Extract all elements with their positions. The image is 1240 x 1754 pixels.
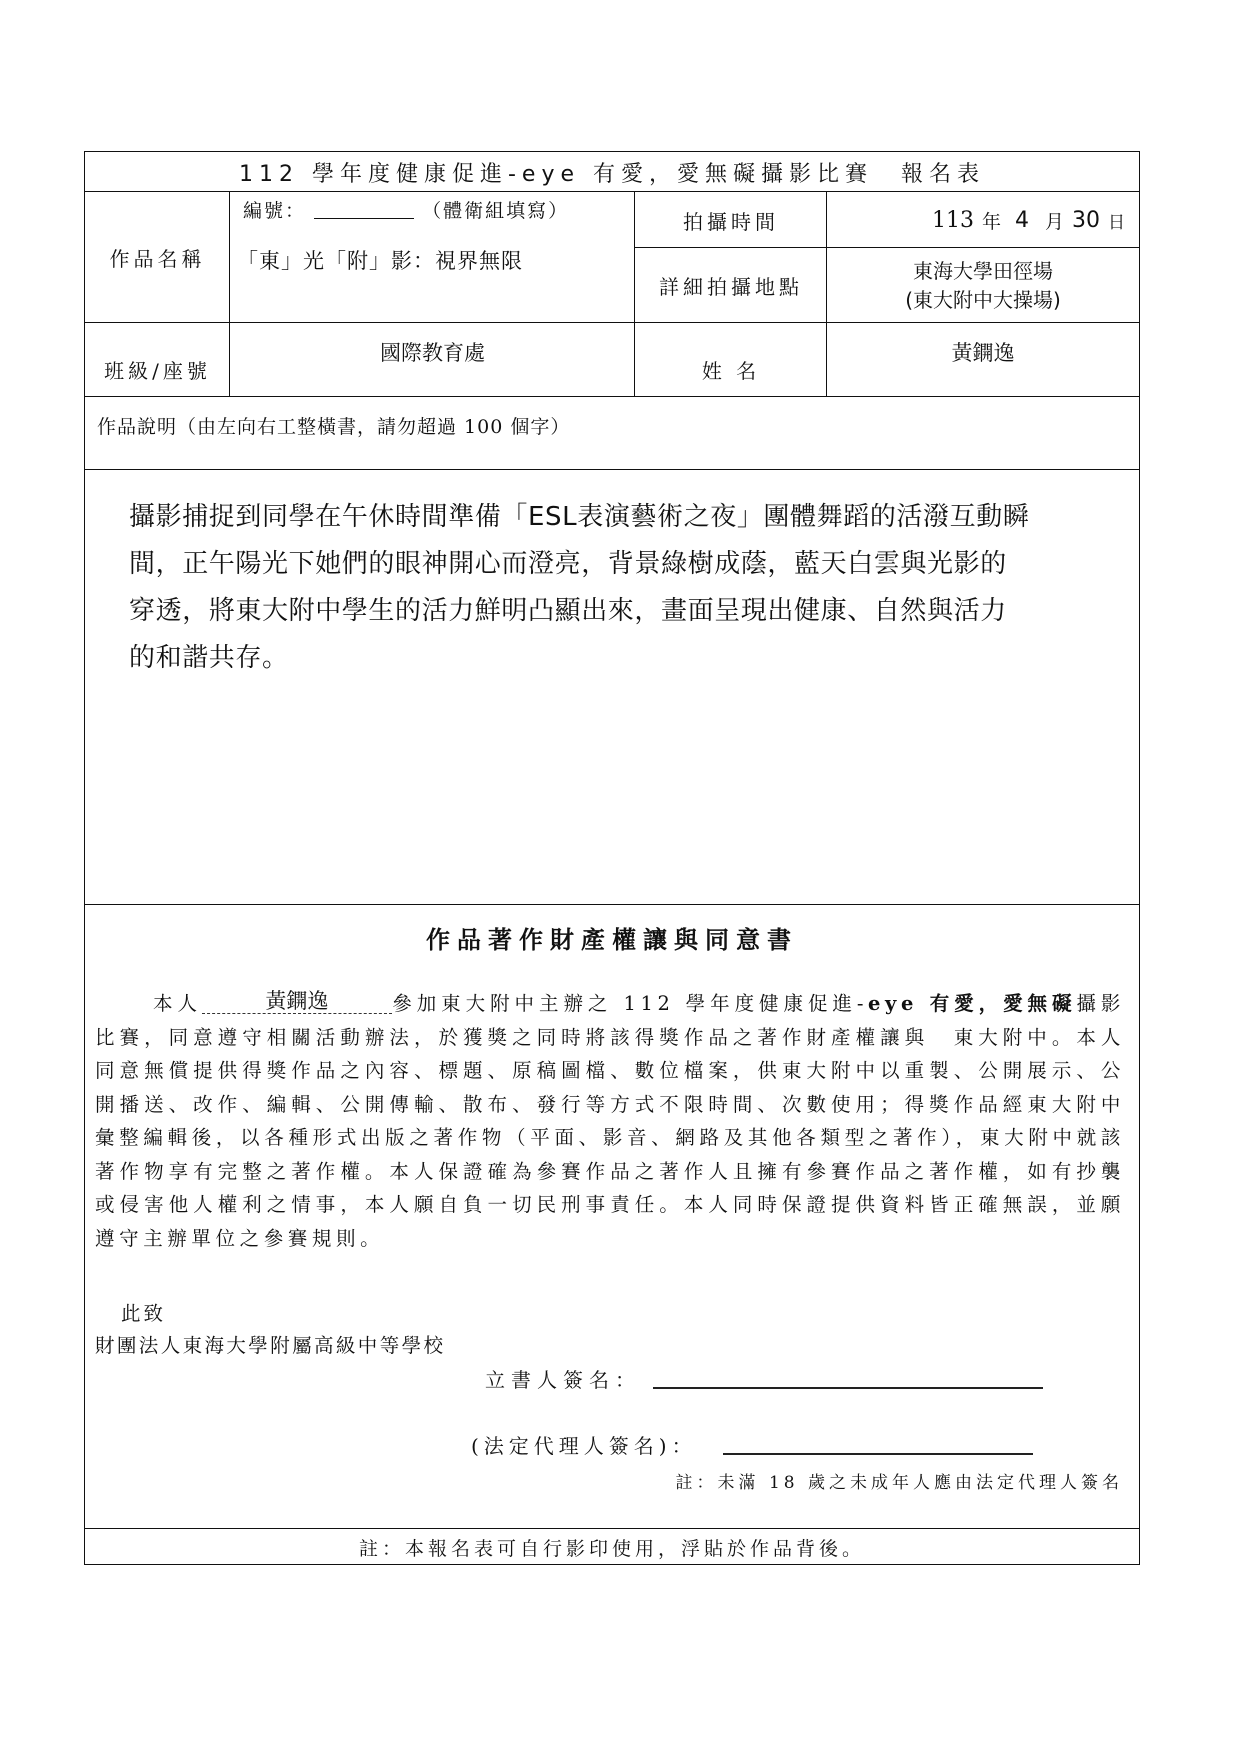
signer-signature-field[interactable] bbox=[653, 1385, 1043, 1389]
signer-signature-label: 立書人簽名： bbox=[485, 1364, 641, 1393]
shoot-year: 113 bbox=[932, 208, 974, 233]
class-label: 班級/座號 bbox=[85, 323, 230, 397]
location-label: 詳細拍攝地點 bbox=[635, 248, 827, 323]
serial-label: 編號： bbox=[243, 200, 306, 222]
shoot-time-label: 拍攝時間 bbox=[635, 192, 827, 248]
registration-form: 112 學年度健康促進-eye 有愛，愛無礙攝影比賽 報名表 作品名稱 編號： … bbox=[84, 151, 1140, 1565]
name-label: 姓 名 bbox=[635, 323, 827, 397]
consent-title: 作品著作財產權讓與同意書 bbox=[85, 920, 1139, 955]
description-line: 間，正午陽光下她們的眼神開心而澄亮，背景綠樹成蔭，藍天白雲與光影的 bbox=[129, 541, 1089, 588]
footer-note: 註：本報名表可自行影印使用，浮貼於作品背後。 bbox=[85, 1529, 1139, 1565]
location-line2: (東大附中大操場) bbox=[905, 286, 1061, 315]
description-line: 的和諧共存。 bbox=[129, 635, 1089, 682]
divider bbox=[85, 904, 1139, 905]
signer-name-field[interactable]: 黃鐦逸 bbox=[202, 989, 392, 1014]
recipient: 財團法人東海大學附屬高級中等學校 bbox=[95, 1330, 445, 1358]
class-value: 國際教育處 bbox=[230, 323, 635, 397]
description-label: 作品說明（由左向右工整橫書，請勿超過 100 個字） bbox=[97, 412, 570, 439]
contest-name: eye 有愛，愛無礙 bbox=[868, 992, 1076, 1015]
signer-signature-row: 立書人簽名： bbox=[485, 1364, 1043, 1393]
guardian-signature-label: (法定代理人簽名)： bbox=[471, 1430, 697, 1459]
month-unit: 月 bbox=[1045, 207, 1064, 234]
work-name-value: 「東」光「附」影：視界無限 bbox=[237, 245, 523, 275]
location-value: 東海大學田徑場 (東大附中大操場) bbox=[827, 248, 1139, 323]
guardian-signature-field[interactable] bbox=[723, 1451, 1033, 1455]
consent-body: 本人黃鐦逸參加東大附中主辦之 112 學年度健康促進-eye 有愛，愛無礙攝影比… bbox=[95, 987, 1125, 1255]
serial-input[interactable] bbox=[314, 198, 414, 219]
description-line: 攝影捕捉到同學在午休時間準備「ESL表演藝術之夜」團體舞蹈的活潑互動瞬 bbox=[129, 494, 1089, 541]
divider bbox=[85, 469, 1139, 470]
closing: 此致 bbox=[121, 1298, 166, 1326]
shoot-month: 4 bbox=[1015, 208, 1029, 233]
location-line1: 東海大學田徑場 bbox=[913, 257, 1053, 286]
guardian-signature-row: (法定代理人簽名)： bbox=[471, 1430, 1033, 1459]
consent-text: 攝影比賽，同意遵守相關活動辦法，於獲獎之同時將該得獎作品之著作財產權讓與 東大附… bbox=[95, 992, 1125, 1250]
shoot-time-value: 113 年 4 月 30 日 bbox=[827, 192, 1139, 248]
year-unit: 年 bbox=[982, 207, 1001, 234]
description-line: 穿透，將東大附中學生的活力鮮明凸顯出來，畫面呈現出健康、自然與活力 bbox=[129, 588, 1089, 635]
work-name-label: 作品名稱 bbox=[85, 192, 230, 323]
consent-line1: 參加東大附中主辦之 112 學年度健康促進- bbox=[392, 992, 868, 1015]
shoot-day: 30 bbox=[1072, 208, 1100, 233]
serial-note: （體衛組填寫） bbox=[422, 200, 569, 222]
name-value: 黃鐦逸 bbox=[827, 323, 1139, 397]
description-text: 攝影捕捉到同學在午休時間準備「ESL表演藝術之夜」團體舞蹈的活潑互動瞬 間，正午… bbox=[129, 494, 1089, 682]
serial-row: 編號： （體衛組填寫） bbox=[243, 196, 569, 223]
divider bbox=[85, 396, 1139, 397]
consent-prefix: 本人 bbox=[95, 992, 202, 1015]
form-title: 112 學年度健康促進-eye 有愛，愛無礙攝影比賽 報名表 bbox=[85, 152, 1139, 192]
guardian-note: 註：未滿 18 歲之未成年人應由法定代理人簽名 bbox=[676, 1468, 1123, 1493]
day-unit: 日 bbox=[1108, 208, 1125, 233]
